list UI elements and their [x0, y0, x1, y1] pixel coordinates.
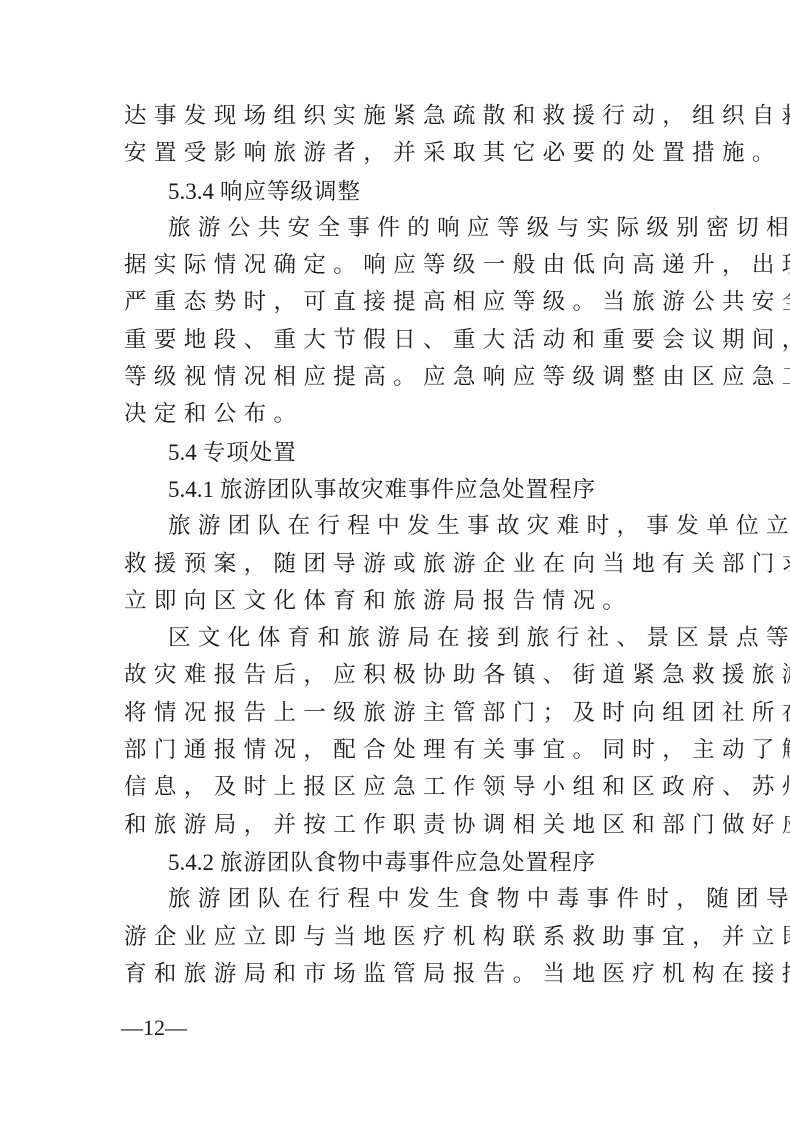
body-line: 等级视情况相应提高。应急响应等级调整由区应急工作领导小组 [124, 359, 684, 396]
section-heading: 5.4.1旅游团队事故灾难事件应急处置程序 [124, 471, 684, 508]
body-line: 信息，及时上报区应急工作领导小组和区政府、苏州市文化广电 [124, 769, 684, 806]
body-line: 游企业应立即与当地医疗机构联系救助事宜，并立即向区文化体 [124, 919, 684, 956]
section-number: 5.4 [168, 440, 197, 465]
body-line: 决定和公布。 [124, 396, 684, 433]
section-title: 专项处置 [203, 440, 297, 466]
body-line: 旅游团队在行程中发生食物中毒事件时，随团导游或相关旅 [124, 881, 684, 918]
section-heading: 5.4.2旅游团队食物中毒事件应急处置程序 [124, 844, 684, 881]
body-line: 严重态势时，可直接提高相应等级。当旅游公共安全事件发生在 [124, 284, 684, 321]
body-line: 部门通报情况，配合处理有关事宜。同时，主动了解、核实有关 [124, 732, 684, 769]
body-line: 救援预案，随团导游或旅游企业在向当地有关部门求援的同时， [124, 546, 684, 583]
section-number: 5.4.2 [168, 850, 214, 875]
document-page: 达事发现场组织实施紧急疏散和救援行动，组织自救互救，妥善 安置受影响旅游者，并采… [124, 98, 684, 993]
section-title: 旅游团队事故灾难事件应急处置程序 [220, 477, 596, 503]
body-line: 故灾难报告后，应积极协助各镇、街道紧急救援旅游者，并立即 [124, 657, 684, 694]
body-line: 区文化体育和旅游局在接到旅行社、景区景点等旅游企业事 [124, 620, 684, 657]
body-line: 达事发现场组织实施紧急疏散和救援行动，组织自救互救，妥善 [124, 98, 684, 135]
body-line: 据实际情况确定。响应等级一般由低向高递升，出现紧急情况和 [124, 247, 684, 284]
section-number: 5.3.4 [168, 179, 214, 204]
body-line: 安置受影响旅游者，并采取其它必要的处置措施。 [124, 135, 684, 172]
page-number: —12— [121, 1015, 187, 1041]
section-number: 5.4.1 [168, 477, 214, 502]
body-line: 旅游团队在行程中发生事故灾难时，事发单位立即启动应急 [124, 508, 684, 545]
section-heading: 5.4专项处置 [124, 434, 684, 471]
body-line: 立即向区文化体育和旅游局报告情况。 [124, 583, 684, 620]
section-title: 响应等级调整 [220, 179, 361, 205]
section-title: 旅游团队食物中毒事件应急处置程序 [220, 850, 596, 876]
body-line: 重要地段、重大节假日、重大活动和重要会议期间，则应急响应 [124, 322, 684, 359]
body-line: 将情况报告上一级旅游主管部门；及时向组团社所在地旅游主管 [124, 695, 684, 732]
body-line: 旅游公共安全事件的响应等级与实际级别密切相关，但需根 [124, 210, 684, 247]
section-heading: 5.3.4响应等级调整 [124, 173, 684, 210]
body-line: 和旅游局，并按工作职责协调相关地区和部门做好应急救援工作。 [124, 807, 684, 844]
body-line: 育和旅游局和市场监管局报告。当地医疗机构在接报后应立即逐 [124, 956, 684, 993]
